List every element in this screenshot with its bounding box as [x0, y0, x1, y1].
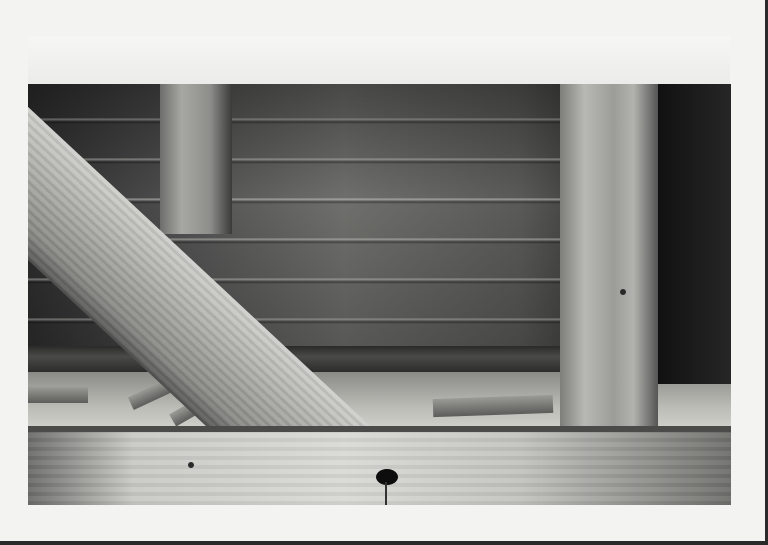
- photo-print: [0, 0, 765, 541]
- wood-crack: [385, 482, 387, 505]
- right-shadow: [658, 84, 731, 384]
- nail-hole: [620, 289, 626, 295]
- vertical-post: [560, 84, 658, 444]
- nail-hole: [188, 462, 194, 468]
- bottom-beam: [28, 426, 731, 505]
- beam-edge: [28, 426, 731, 432]
- wood-debris: [28, 387, 88, 403]
- overexposed-top-area: [28, 36, 730, 86]
- left-stud: [160, 84, 232, 234]
- knot-hole: [376, 469, 398, 485]
- photograph: [28, 84, 731, 505]
